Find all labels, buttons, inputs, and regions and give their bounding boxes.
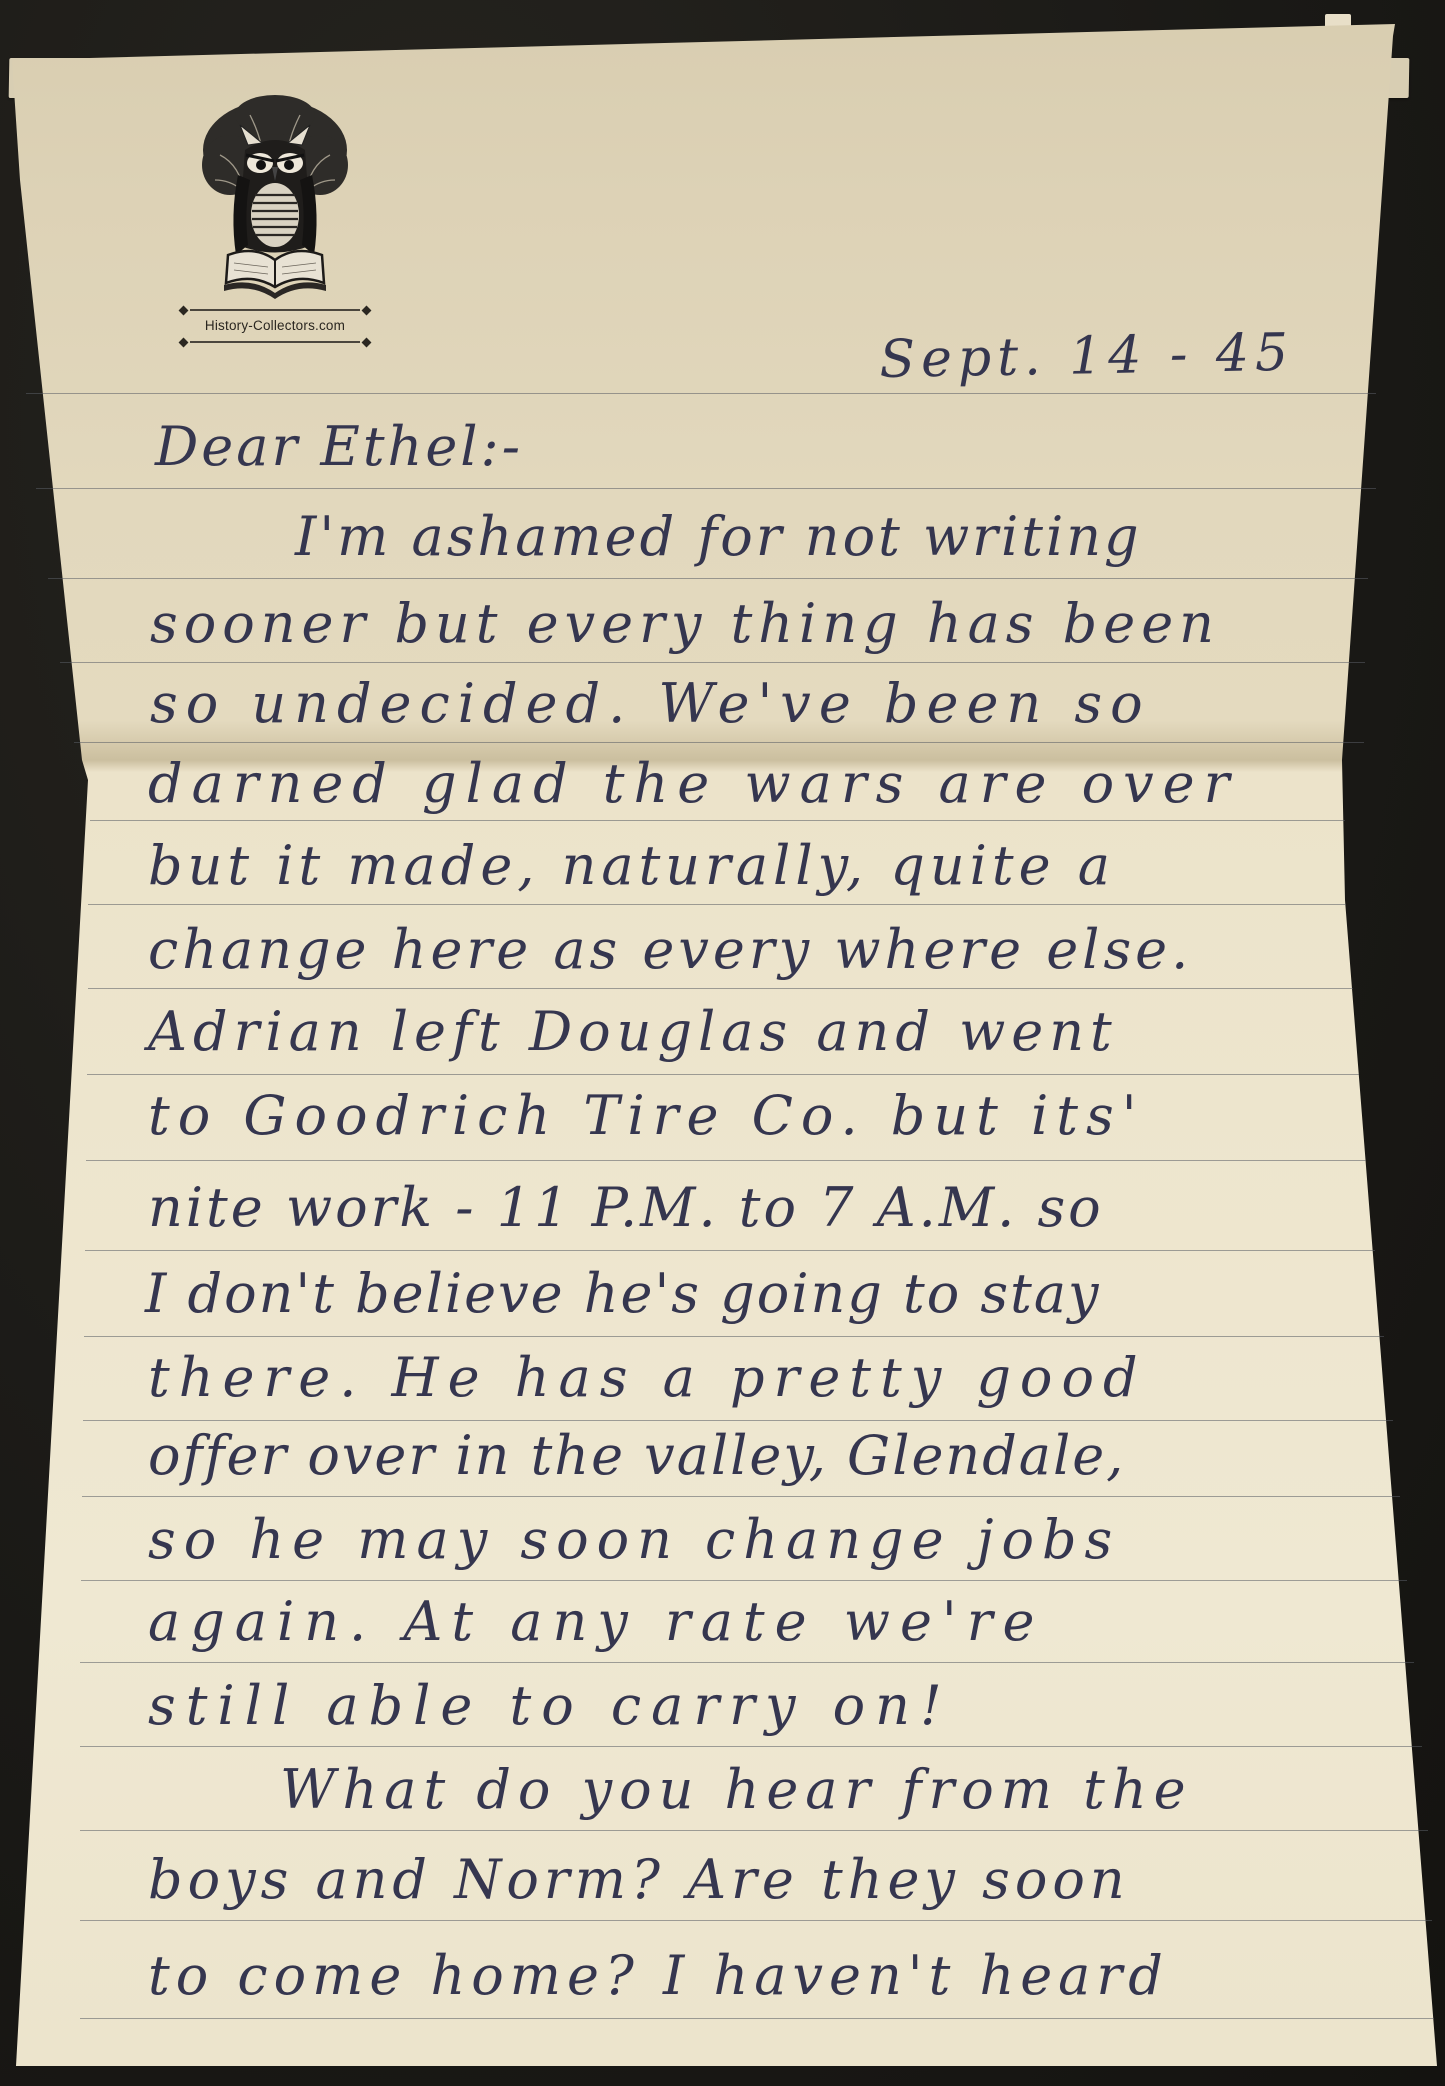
rule-line [84, 1336, 1384, 1337]
rule-line [60, 662, 1365, 663]
rule-line [85, 1250, 1375, 1251]
rule-line [48, 578, 1368, 579]
rule-line [80, 1746, 1422, 1747]
rule-line [86, 1160, 1366, 1161]
paper-tab [1325, 14, 1351, 26]
rule-line [81, 1580, 1407, 1581]
letter-line: What do you hear from the [280, 1758, 1193, 1821]
letter-line: offer over in the valley, Glendale, [148, 1424, 1125, 1487]
rule-line [80, 1662, 1414, 1663]
brand-text: History-Collectors.com [170, 318, 380, 333]
letter-line: boys and Norm? Are they soon [148, 1848, 1130, 1911]
watermark-logo: History-Collectors.com [170, 95, 380, 347]
letter-line: sooner but every thing has been [150, 592, 1220, 655]
rule-line [90, 820, 1345, 821]
letter-date: Sept. 14 - 45 [879, 323, 1295, 390]
rule-line [80, 2018, 1434, 2019]
owl-on-book-icon [200, 95, 350, 305]
letter-line: so he may soon change jobs [148, 1508, 1120, 1571]
ornament-divider-top [170, 305, 380, 315]
rule-line [83, 1420, 1393, 1421]
rule-line [80, 1830, 1428, 1831]
letter-line: still able to carry on! [148, 1674, 952, 1737]
letter-line: darned glad the wars are over [148, 752, 1238, 815]
letter-line: to Goodrich Tire Co. but its' [148, 1084, 1145, 1147]
rule-line [88, 988, 1353, 989]
letter-line: but it made, naturally, quite a [148, 834, 1115, 897]
letter-line: there. He has a pretty good [148, 1346, 1147, 1409]
ornament-divider-bottom [170, 337, 380, 347]
letter-line: again. At any rate we're [148, 1590, 1045, 1653]
letter-line: Adrian left Douglas and went [148, 1000, 1118, 1063]
rule-line [88, 904, 1346, 905]
letter-line: change here as every where else. [148, 918, 1192, 981]
rule-line [26, 393, 1376, 394]
letter-line: to come home? I haven't heard [148, 1944, 1169, 2007]
rule-line [80, 1920, 1432, 1921]
rule-line [82, 1496, 1400, 1497]
letter-line: I'm ashamed for not writing [295, 505, 1142, 568]
rule-line [74, 742, 1364, 743]
rule-line [36, 488, 1376, 489]
rule-line [87, 1074, 1359, 1075]
letter-line: I don't believe he's going to stay [145, 1262, 1101, 1325]
letter-line: so undecided. We've been so [150, 672, 1151, 735]
letter-line: nite work - 11 P.M. to 7 A.M. so [148, 1176, 1104, 1239]
salutation: Dear Ethel:- [155, 415, 523, 478]
